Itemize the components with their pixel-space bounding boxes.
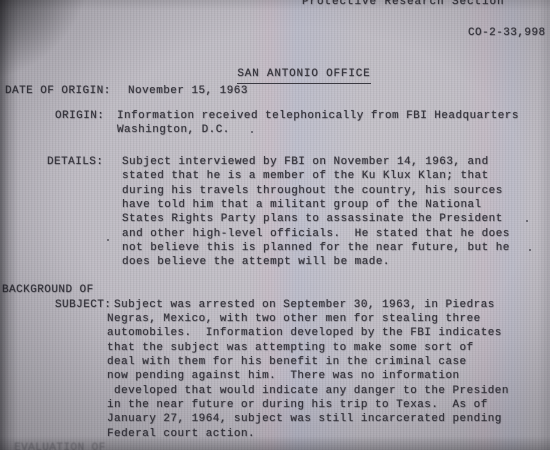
details-text: Subject interviewed by FBI on November 1… xyxy=(122,155,510,270)
background-label-line1: BACKGROUND OF xyxy=(2,283,94,297)
section-header: Protective Research Section xyxy=(302,0,505,9)
document-scan-photo: Protective Research Section CO-2-33,998 … xyxy=(0,0,550,450)
field-value-date-of-origin: November 15, 1963 xyxy=(128,84,248,98)
evaluation-partial-label: EVALUATION OF xyxy=(14,441,106,450)
scan-artifact-dot xyxy=(529,249,531,251)
scan-artifact-dot xyxy=(107,239,109,241)
field-label-origin: ORIGIN: xyxy=(55,109,104,123)
scan-artifact-dot xyxy=(526,220,528,222)
scan-artifact-dot xyxy=(251,131,253,133)
field-label-details: DETAILS: xyxy=(47,155,103,169)
field-label-date-of-origin: DATE OF ORIGIN: xyxy=(5,84,111,98)
document-page: Protective Research Section CO-2-33,998 … xyxy=(0,0,550,450)
background-label-line2: SUBJECT: xyxy=(55,298,111,312)
office-title-text: SAN ANTONIO OFFICE xyxy=(237,67,370,83)
background-text: Subject was arrested on September 30, 19… xyxy=(107,298,509,441)
origin-text: Information received telephonically from… xyxy=(117,109,519,138)
case-number: CO-2-33,998 xyxy=(468,26,546,40)
